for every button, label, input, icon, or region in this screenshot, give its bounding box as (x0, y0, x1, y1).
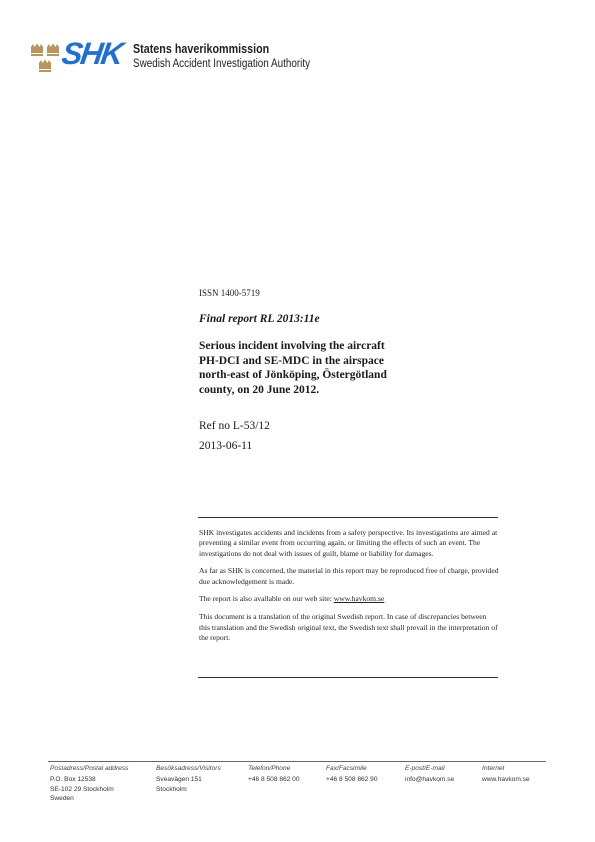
footer-internet: Internet www.havkom.se (482, 764, 530, 785)
incident-line: PH-DCI and SE-MDC in the airspace (199, 354, 459, 369)
footer-line: +46 8 508 862 00 (248, 775, 300, 785)
footer-line: +46 8 508 862 90 (326, 775, 378, 785)
issn: ISSN 1400-5719 (199, 288, 260, 298)
footer-heading: Telefon/Phone (248, 764, 300, 774)
footer-heading: Internet (482, 764, 530, 774)
footer-website-link[interactable]: www.havkom.se (482, 775, 530, 785)
footer-line: P.O. Box 12538 (50, 775, 128, 785)
report-title: Final report RL 2013:11e (199, 313, 320, 325)
organization-subtitle: Swedish Accident Investigation Authority (133, 58, 310, 71)
footer-fax: Fax/Facsimile +46 8 508 862 90 (326, 764, 378, 785)
organization-name: Statens haverikommission (133, 42, 269, 56)
footer-email: E-post/E-mail info@havkom.se (405, 764, 454, 785)
incident-line: Serious incident involving the aircraft (199, 339, 459, 354)
footer-heading: E-post/E-mail (405, 764, 454, 774)
disclaimer: SHK investigates accidents and incidents… (199, 528, 499, 651)
footer-visitors-address: Besöksadress/Visitors Sveavägen 151 Stoc… (156, 764, 221, 794)
footer-heading: Fax/Facsimile (326, 764, 378, 774)
footer-postal-address: Postadress/Postal address P.O. Box 12538… (50, 764, 128, 804)
incident-description: Serious incident involving the aircraft … (199, 339, 459, 397)
footer-divider (48, 761, 546, 762)
reference-number: Ref no L-53/12 (199, 420, 270, 432)
footer-email-link[interactable]: info@havkom.se (405, 775, 454, 785)
web-site-text: The report is also available on our web … (199, 594, 334, 603)
divider-bottom (198, 677, 498, 678)
website-link[interactable]: www.havkom.se (334, 594, 385, 603)
divider-top (198, 517, 498, 518)
footer-line: Sweden (50, 794, 128, 804)
disclaimer-paragraph: The report is also available on our web … (199, 594, 499, 604)
incident-line: north-east of Jönköping, Östergötland (199, 368, 459, 383)
footer-line: Sveavägen 151 (156, 775, 221, 785)
report-date: 2013-06-11 (199, 440, 252, 452)
disclaimer-paragraph: SHK investigates accidents and incidents… (199, 528, 499, 559)
shk-logo: SHK (60, 37, 124, 71)
incident-line: county, on 20 June 2012. (199, 383, 459, 398)
disclaimer-paragraph: As far as SHK is concerned, the material… (199, 566, 499, 587)
footer-phone: Telefon/Phone +46 8 508 862 00 (248, 764, 300, 785)
footer-line: SE-102 29 Stockholm (50, 785, 128, 795)
footer-heading: Postadress/Postal address (50, 764, 128, 774)
footer-line: Stockholm (156, 785, 221, 795)
footer-heading: Besöksadress/Visitors (156, 764, 221, 774)
disclaimer-paragraph: This document is a translation of the or… (199, 612, 499, 643)
